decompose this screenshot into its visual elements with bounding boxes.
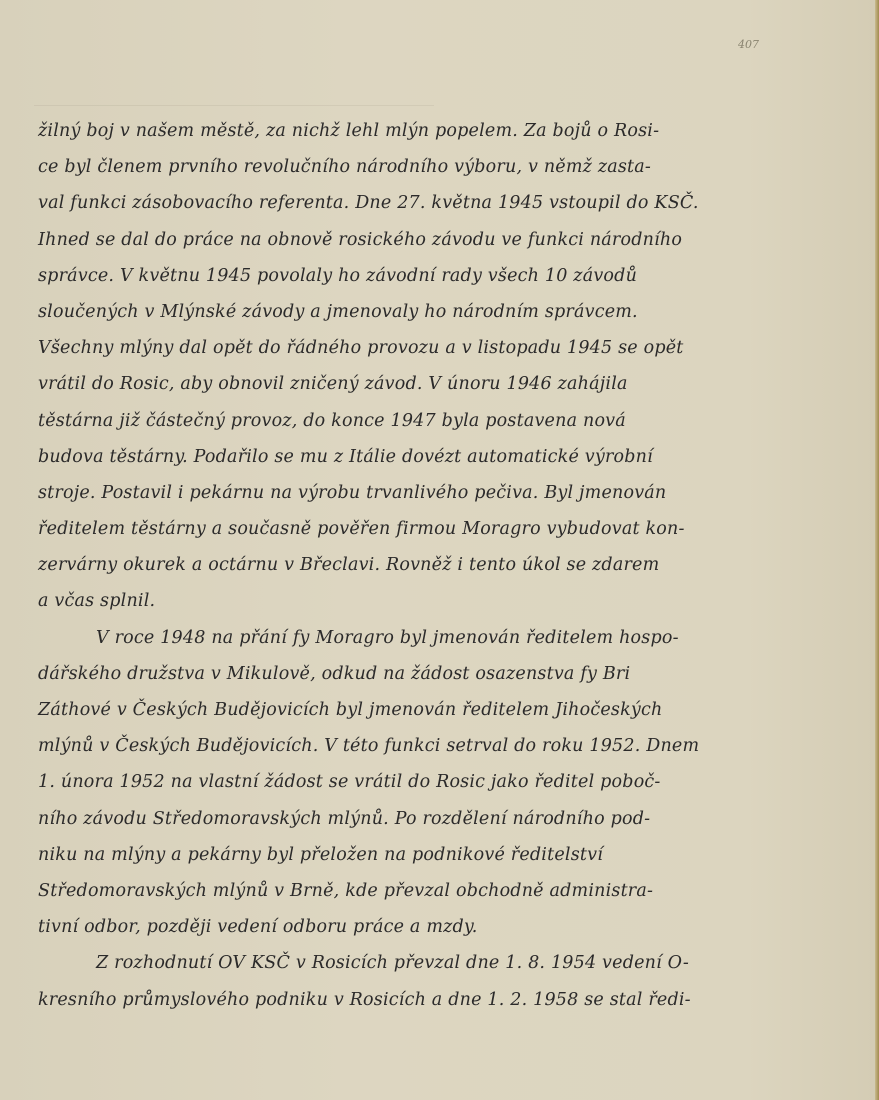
text-line: a včas splnil.	[38, 583, 778, 619]
text-line: kresního průmyslového podniku v Rosicích…	[38, 982, 778, 1018]
text-line: Všechny mlýny dal opět do řádného provoz…	[38, 330, 778, 366]
text-line: Středomoravských mlýnů v Brně, kde převz…	[38, 873, 778, 909]
text-line: tivní odbor, později vedení odboru práce…	[38, 909, 778, 945]
text-line-indented: Z rozhodnutí OV KSČ v Rosicích převzal d…	[38, 945, 778, 981]
text-line: ce byl členem prvního revolučního národn…	[38, 149, 778, 185]
page-number: 407	[738, 38, 759, 51]
text-line: Záthové v Českých Budějovicích byl jmeno…	[38, 692, 778, 728]
text-line: vrátil do Rosic, aby obnovil zničený záv…	[38, 366, 778, 402]
text-line: budova těstárny. Podařilo se mu z Itálie…	[38, 439, 778, 475]
text-line: správce. V květnu 1945 povolaly ho závod…	[38, 258, 778, 294]
text-line: niku na mlýny a pekárny byl přeložen na …	[38, 837, 778, 873]
text-line: 1. února 1952 na vlastní žádost se vráti…	[38, 764, 778, 800]
text-line: Ihned se dal do práce na obnově rosickéh…	[38, 222, 778, 258]
handwritten-body: žilný boj v našem městě, za nichž lehl m…	[38, 113, 778, 1018]
text-line: sloučených v Mlýnské závody a jmenovaly …	[38, 294, 778, 330]
text-line: žilný boj v našem městě, za nichž lehl m…	[38, 113, 778, 149]
text-line: ředitelem těstárny a současně pověřen fi…	[38, 511, 778, 547]
text-line: mlýnů v Českých Budějovicích. V této fun…	[38, 728, 778, 764]
text-line: těstárna již částečný provoz, do konce 1…	[38, 403, 778, 439]
text-line: ního závodu Středomoravských mlýnů. Po r…	[38, 801, 778, 837]
text-line: stroje. Postavil i pekárnu na výrobu trv…	[38, 475, 778, 511]
text-line: dářského družstva v Mikulově, odkud na ž…	[38, 656, 778, 692]
text-line: zervárny okurek a octárnu v Břeclavi. Ro…	[38, 547, 778, 583]
top-rule-line	[34, 105, 434, 106]
text-line: val funkci zásobovacího referenta. Dne 2…	[38, 185, 778, 221]
text-line-indented: V roce 1948 na přání fy Moragro byl jmen…	[38, 620, 778, 656]
handwritten-page: 407 žilný boj v našem městě, za nichž le…	[0, 0, 879, 1100]
